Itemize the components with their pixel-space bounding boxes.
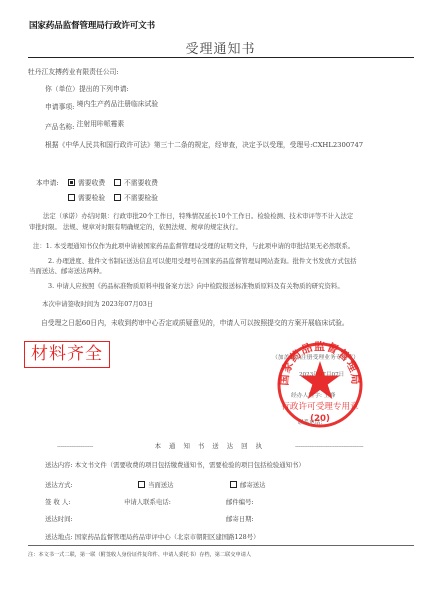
title-divider [28, 57, 414, 58]
option-test-not-required: 不需要检验 [114, 192, 158, 202]
delivery-method-label: 送达方式: [45, 480, 73, 489]
option-test-required: 需要检验 [68, 192, 105, 202]
receipt-time: 本次申请签收时间为 2023年07月03日 [42, 299, 153, 308]
time-limit-line1: 法定（承诺）办结时限：行政审批20个工作日，特殊情况延长10个工作日。检验检测、… [43, 211, 353, 220]
acceptance-number: CXHL2300747 [312, 141, 363, 149]
note-1: 注：1. 本受理通知书仅作为此项申请被国家药品监督管理局受理的证明文件，与此项申… [33, 241, 354, 250]
agency-header: 国家药品监督管理局行政许可文书 [29, 19, 155, 31]
note-3: 3. 申请人应按照《药品标准物质原料申报备案方法》向中检院报送标准物质原料及有关… [48, 281, 344, 290]
application-label: 本申请: [36, 177, 59, 187]
product-name-label: 产品名称: [45, 123, 74, 131]
note-2a: 2. 办理进度、批件文书制证送达信息可以使用受理号在国家药品监督管理局网站查询。… [48, 256, 357, 265]
application-item-row: 申请事项: 境内生产药品注册临床试验 [45, 101, 158, 111]
seal-icon: 国家药品监督管理局 行政许可受理专用章 (20) [276, 341, 364, 429]
recipient: 牡丹江友搏药业有限责任公司: [28, 66, 119, 76]
time-limit-line2: 审批时限。 法规、规章对时限有明确规定的，依照法规、规章的规定执行。 [29, 222, 242, 231]
legal-basis-text: 根据《中华人民共和国行政许可法》第三十二条的规定，经审查，决定予以受理，受理号: [45, 141, 312, 149]
delivery-time-label: 送达时间: [45, 514, 73, 523]
delivery-place: 送达地点: 国家药品监督管理局药品审评中心（北京市朝阳区建国路128号） [45, 532, 260, 541]
application-item-value: 境内生产药品注册临床试验 [77, 100, 159, 108]
official-seal: 国家药品监督管理局 行政许可受理专用章 (20) [276, 341, 364, 429]
product-name-row: 产品名称: 注射用咔哌霉素 [45, 121, 124, 131]
bottom-divider [28, 545, 414, 546]
materials-complete-stamp: 材料齐全 [24, 341, 110, 368]
receipt-title: 本 通 知 书 送 达 回 执 [155, 442, 265, 450]
application-item-label: 申请事项: [45, 103, 74, 111]
mail-date-label: 邮寄日期: [226, 514, 254, 523]
svg-text:行政许可受理专用章: 行政许可受理专用章 [281, 400, 359, 412]
checkbox-empty-icon[interactable] [230, 481, 237, 488]
note-2b: 当面送达、邮寄送达两种。 [29, 266, 106, 275]
page-title: 受理通知书 [0, 38, 441, 57]
receipt-divider: -------------------- 本 通 知 书 送 达 回 执----… [57, 441, 363, 450]
option-fee-not-required: 不需要收费 [114, 177, 158, 187]
checkbox-empty-icon[interactable] [138, 481, 145, 488]
footer-note: 注：本文书一式二联，第一联（附签收人身份证件复印件、申请人委托书）存档，第二联交… [28, 551, 251, 558]
intro-text: 你（单位）提出的下列申请: [45, 83, 129, 93]
trial-notice: 自受理之日起60日内，未收到药审中心否定或质疑意见的，申请人可以按照提交的方案开… [41, 317, 349, 327]
checkbox-empty-icon [114, 194, 121, 201]
option-fee-required: 需要收费 [68, 177, 105, 187]
checkbox-empty-icon [68, 194, 75, 201]
delivery-mail-option[interactable]: 邮寄送达 [230, 480, 266, 489]
checkbox-empty-icon [114, 179, 121, 186]
legal-basis: 根据《中华人民共和国行政许可法》第三十二条的规定，经审查，决定予以受理，受理号:… [45, 139, 363, 149]
delivery-in-person-option[interactable]: 当面送达 [138, 480, 174, 489]
applicant-phone-label: 申请人联系电话: [124, 497, 171, 506]
svg-text:(20): (20) [310, 414, 330, 424]
signer-label: 签 收 人: [45, 497, 70, 506]
checkbox-checked-icon [68, 179, 75, 186]
mail-number-label: 邮件编号: [226, 497, 254, 506]
product-name-value: 注射用咔哌霉素 [77, 120, 125, 128]
delivery-content: 送达内容: 本文书文件（需要收费的项目包括缴费通知书，需要检验的项目包括检验通知… [45, 460, 305, 469]
